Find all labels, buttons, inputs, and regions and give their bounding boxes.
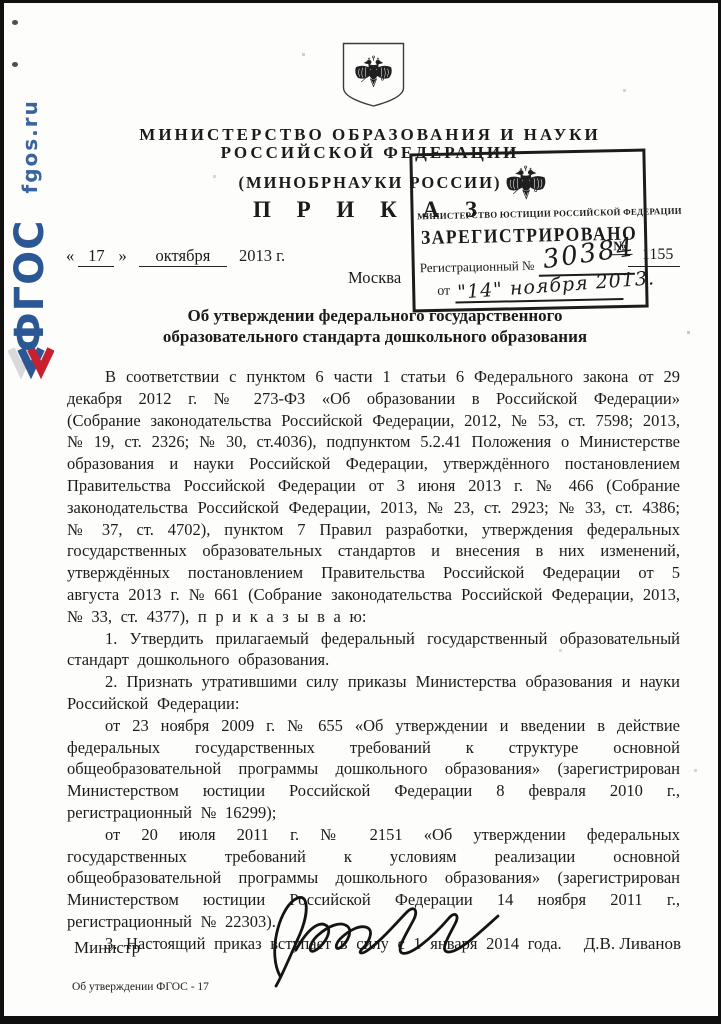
quote-close: » <box>119 246 127 265</box>
document-title: Об утверждении федерального государствен… <box>130 306 620 347</box>
page-border-bottom <box>0 1016 721 1024</box>
stamp-reg-label: Регистрационный № <box>420 258 535 276</box>
fgos-site-text: fgos.ru <box>18 99 42 193</box>
date-line: « 17 » октября 2013 г. <box>66 246 285 267</box>
paragraph-item-1: 1. Утвердить прилагаемый федеральный гос… <box>67 628 680 672</box>
stamp-eagle-icon <box>501 159 552 208</box>
paragraph-revoked-order-2009: от 23 ноября 2009 г. № 655 «Об утвержден… <box>67 715 680 824</box>
russia-coat-of-arms-icon <box>342 42 405 108</box>
document-body: В соответствии с пунктом 6 части 1 стать… <box>67 366 680 955</box>
paragraph-item-2: 2. Признать утратившими силу приказы Мин… <box>67 671 680 715</box>
ministry-name-line1: МИНИСТЕРСТВО ОБРАЗОВАНИЯ И НАУКИ <box>55 126 685 144</box>
date-day: 17 <box>78 246 114 267</box>
signer-role: Министр <box>74 938 140 958</box>
stamp-authority-text: МИНИСТЕРСТВО ЮСТИЦИИ РОССИЙСКОЙ ФЕДЕРАЦИ… <box>417 207 640 222</box>
justice-ministry-registration-stamp: МИНИСТЕРСТВО ЮСТИЦИИ РОССИЙСКОЙ ФЕДЕРАЦИ… <box>409 149 648 313</box>
footer-note: Об утверждении ФГОС - 17 <box>72 981 209 993</box>
page-border-top <box>0 0 721 3</box>
fgos-logo-text: ФГОС <box>10 219 50 352</box>
minister-signature-scrawl <box>250 886 540 998</box>
fgos-sidebar: ФГОС fgos.ru <box>6 6 54 352</box>
scanned-order-document: ФГОС fgos.ru МИНИСТЕРСТВО ОБРАЗОВАНИЯ И … <box>0 0 721 1024</box>
signer-name: Д.В. Ливанов <box>584 934 681 954</box>
city-label: Москва <box>348 268 401 288</box>
page-border-left <box>0 0 4 1024</box>
date-year: 2013 г. <box>239 246 285 265</box>
stamp-date-prefix: от <box>437 284 450 300</box>
paragraph-preamble: В соответствии с пунктом 6 части 1 стать… <box>67 366 680 628</box>
quote-open: « <box>66 246 74 265</box>
date-month: октября <box>139 246 227 267</box>
scan-noise <box>0 0 1 1</box>
